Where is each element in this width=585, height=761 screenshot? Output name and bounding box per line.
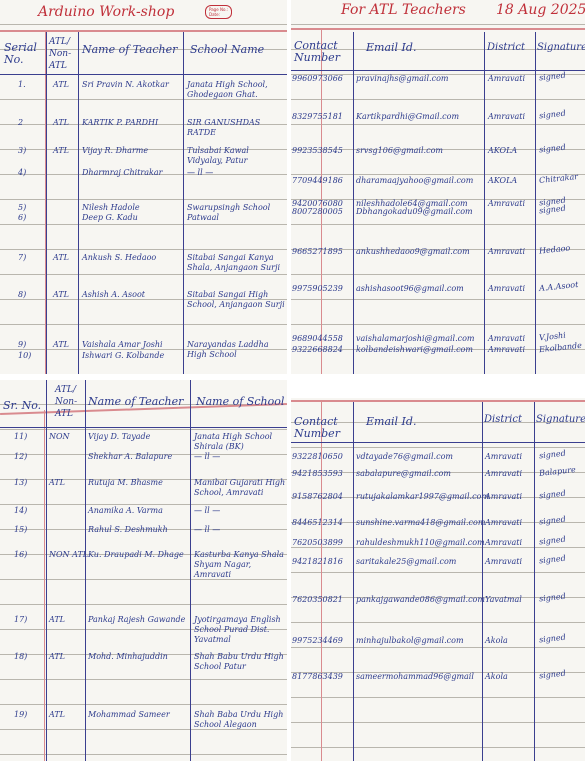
email-id: vaishalamarjoshi@gmail.com xyxy=(356,334,483,344)
register-page-2-left: Sr. No. ATL/ Non-ATL Name of Teacher Nam… xyxy=(0,380,287,761)
column-divider xyxy=(85,380,86,761)
teacher-name: Rahul S. Deshmukh xyxy=(88,525,188,535)
register-page-1-left: Arduino Work-shop Page No.: Date: Serial… xyxy=(0,0,287,374)
teacher-name: Mohammad Sameer xyxy=(88,710,188,720)
email-id: Dbhangokadu09@gmail.com xyxy=(356,207,483,217)
atl-status: ATL xyxy=(53,253,69,263)
signature: Balapure xyxy=(539,465,577,478)
teacher-name: Shekhar A. Balapure xyxy=(88,452,188,462)
school-name: Manibai Gujarati High School, Amravati xyxy=(194,478,286,498)
email-id: dharamaajyahoo@gmail.com xyxy=(356,176,483,186)
contact-number: 8177863439 xyxy=(292,672,343,682)
serial-number: 19) xyxy=(14,710,27,720)
header-school: Name of School xyxy=(196,396,284,408)
district: Amravati xyxy=(485,492,522,502)
school-name: Shah Babu Urdu High School Patur xyxy=(194,652,286,672)
header-contact: Contact Number xyxy=(294,416,352,440)
column-divider xyxy=(183,32,184,374)
contact-number: 9322668824 xyxy=(292,345,343,355)
teacher-name: Vijay D. Tayade xyxy=(88,432,188,442)
district: Amravati xyxy=(485,452,522,462)
signature: signed xyxy=(539,71,567,83)
email-id: sabalapure@gmail.com xyxy=(356,469,481,479)
signature: signed xyxy=(539,592,567,604)
email-id: kolbandeishwari@gmail.com xyxy=(356,345,483,355)
email-id: sameermohammad96@gmail xyxy=(356,672,481,682)
school-name: Tulsabai Kawal Vidyalay, Patur xyxy=(187,146,285,166)
atl-status: ATL xyxy=(49,710,65,720)
school-name: — ll — xyxy=(194,506,286,516)
contact-number: 9421821816 xyxy=(292,557,343,567)
teacher-name: Rutuja M. Bhasme xyxy=(88,478,188,488)
teacher-name: Dharmraj Chitrakar xyxy=(82,168,182,178)
district: Akola xyxy=(485,636,508,646)
email-id: rutujakalamkar1997@gmail.com xyxy=(356,492,481,502)
serial-number: 14) xyxy=(14,506,27,516)
header-divider xyxy=(0,427,287,428)
district: Amravati xyxy=(485,538,522,548)
signature: signed xyxy=(539,633,567,645)
district: AKOLA xyxy=(488,176,517,186)
teacher-name: Sri Pravin N. Akotkar xyxy=(82,80,182,90)
contact-number: 9975905239 xyxy=(292,284,343,294)
district: Amravati xyxy=(485,518,522,528)
serial-number: 3) xyxy=(18,146,26,156)
district: Amravati xyxy=(488,199,525,209)
atl-status: ATL xyxy=(53,80,69,90)
serial-number: 6) xyxy=(18,213,26,223)
serial-number: 16) xyxy=(14,550,27,560)
workshop-title: Arduino Work-shop xyxy=(38,4,174,20)
atl-status: ATL xyxy=(49,615,65,625)
teacher-name: Vaishala Amar Joshi xyxy=(82,340,182,350)
district: Amravati xyxy=(488,112,525,122)
serial-number: 2 xyxy=(18,118,23,128)
email-id: Kartikpardhi@Gmail.com xyxy=(356,112,483,122)
contact-number: 7620350821 xyxy=(292,595,343,605)
serial-number: 13) xyxy=(14,478,27,488)
serial-number: 7) xyxy=(18,253,26,263)
workshop-date: 18 Aug 2025 xyxy=(496,2,585,18)
teacher-name: Deep G. Kadu xyxy=(82,213,182,223)
signature: signed xyxy=(539,669,567,681)
school-name: — ll — xyxy=(187,168,285,178)
column-divider xyxy=(482,402,483,761)
serial-number: 10) xyxy=(18,351,31,361)
school-name: Jyotirgamaya English School Purad Dist. … xyxy=(194,615,286,645)
contact-number: 7709449186 xyxy=(292,176,343,186)
signature: signed xyxy=(539,109,567,121)
serial-number: 9) xyxy=(18,340,26,350)
school-name: Janata High School Shirala (BK) xyxy=(194,432,286,452)
column-divider xyxy=(46,380,47,761)
column-divider xyxy=(535,32,536,374)
serial-number: 18) xyxy=(14,652,27,662)
serial-number: 8) xyxy=(18,290,26,300)
serial-number: 17) xyxy=(14,615,27,625)
margin-line xyxy=(291,400,585,402)
email-id: saritakale25@gmail.com xyxy=(356,557,481,567)
atl-status: NON xyxy=(49,432,70,442)
email-id: vdtayade76@gmail.com xyxy=(356,452,481,462)
school-name: — ll — xyxy=(194,452,286,462)
signature: signed xyxy=(539,554,567,566)
page-date-stamp: Page No.: Date: xyxy=(205,5,232,19)
school-name: — ll — xyxy=(194,525,286,535)
signature: signed xyxy=(539,489,567,501)
contact-number: 8329755181 xyxy=(292,112,343,122)
register-page-2-right: Contact Number Email Id. District Signat… xyxy=(291,398,585,761)
teacher-name: Nilesh Hadole xyxy=(82,203,182,213)
column-divider xyxy=(78,32,79,374)
margin-line xyxy=(44,410,45,761)
signature: A.A.Asoot xyxy=(539,280,579,293)
contact-number: 9665271895 xyxy=(292,247,343,257)
district: Amravati xyxy=(488,284,525,294)
header-divider xyxy=(291,70,585,71)
teacher-name: Ankush S. Hedaoo xyxy=(82,253,182,263)
teacher-name: Pankaj Rajesh Gawande xyxy=(88,615,188,625)
header-atl: ATL/ Non-ATL xyxy=(55,384,85,420)
teacher-name: Vijay R. Dharme xyxy=(82,146,182,156)
atl-status: ATL xyxy=(49,652,65,662)
column-divider xyxy=(534,402,535,761)
teacher-name: KARTIK P. PARDHI xyxy=(82,118,182,128)
serial-number: 1. xyxy=(18,80,26,90)
signature: Hedaoo xyxy=(539,243,571,255)
district: Amravati xyxy=(488,345,525,355)
teacher-name: Ashish A. Asoot xyxy=(82,290,182,300)
header-teacher: Name of Teacher xyxy=(82,44,177,56)
contact-number: 7620503899 xyxy=(292,538,343,548)
atl-status: ATL xyxy=(53,118,69,128)
contact-number: 9421853593 xyxy=(292,469,343,479)
district: Amravati xyxy=(488,334,525,344)
atl-status: ATL xyxy=(49,478,65,488)
contact-number: 9923538545 xyxy=(292,146,343,156)
header-email: Email Id. xyxy=(366,416,416,428)
signature: signed xyxy=(539,515,567,527)
header-signature: Signature xyxy=(536,414,585,426)
signature: signed xyxy=(539,204,567,216)
email-id: srvsg106@gmail.com xyxy=(356,146,483,156)
header-divider xyxy=(291,442,585,443)
serial-number: 11) xyxy=(14,432,27,442)
atl-status: NON ATL xyxy=(49,550,88,560)
column-divider xyxy=(484,32,485,374)
header-district: District xyxy=(484,414,522,426)
teacher-name: Mohd. Minhajuddin xyxy=(88,652,188,662)
district: Amravati xyxy=(485,469,522,479)
column-divider xyxy=(353,32,354,374)
header-signature: Signature xyxy=(537,42,585,54)
contact-number: 9689044558 xyxy=(292,334,343,344)
signature: Ekolbande xyxy=(539,341,583,354)
column-divider xyxy=(190,380,191,761)
header-contact: Contact Number xyxy=(294,40,352,64)
teacher-name: Anamika A. Varma xyxy=(88,506,188,516)
email-id: pankajgawande086@gmail.com xyxy=(356,595,481,605)
signature: signed xyxy=(539,449,567,461)
email-id: pravinajhs@gmail.com xyxy=(356,74,483,84)
contact-number: 9960973066 xyxy=(292,74,343,84)
signature: signed xyxy=(539,535,567,547)
school-name: SIR GANUSHDAS RATDE xyxy=(187,118,285,138)
serial-number: 12) xyxy=(14,452,27,462)
header-email: Email Id. xyxy=(366,42,416,54)
contact-number: 8007280005 xyxy=(292,207,343,217)
email-id: minhajulbakol@gmail.com xyxy=(356,636,481,646)
margin-line xyxy=(0,30,287,32)
serial-number: 15) xyxy=(14,525,27,535)
school-name: Kasturba Kanya Shala Shyam Nagar, Amrava… xyxy=(194,550,286,580)
district: Amravati xyxy=(488,247,525,257)
header-teacher: Name of Teacher xyxy=(88,396,183,408)
header-atl: ATL/ Non-ATL xyxy=(49,36,77,72)
district: Amravati xyxy=(485,557,522,567)
school-name: Narayandas Laddha High School xyxy=(187,340,285,360)
header-district: District xyxy=(487,42,525,54)
teacher-name: Ku. Draupadi M. Dhage xyxy=(88,550,188,560)
atl-status: ATL xyxy=(53,340,69,350)
workshop-subtitle: For ATL Teachers xyxy=(341,2,466,18)
atl-status: ATL xyxy=(53,290,69,300)
school-name: Shah Baba Urdu High School Alegaon xyxy=(194,710,286,730)
header-school: School Name xyxy=(190,44,264,56)
margin-line xyxy=(291,28,585,30)
header-serial: Sr. No. xyxy=(3,400,41,412)
column-divider xyxy=(46,32,47,374)
atl-status: ATL xyxy=(53,146,69,156)
school-name: Swarupsingh School Patwaal xyxy=(187,203,285,223)
header-serial: Serial No. xyxy=(4,42,44,66)
school-name: Janata High School, Ghodegaon Ghat. xyxy=(187,80,285,100)
teacher-name: Ishwari G. Kolbande xyxy=(82,351,182,361)
signature: Chitrakar xyxy=(539,172,579,185)
contact-number: 9975234469 xyxy=(292,636,343,646)
email-id: rahuldeshmukh110@gmail.com xyxy=(356,538,481,548)
header-divider xyxy=(0,74,287,75)
serial-number: 4) xyxy=(18,168,26,178)
contact-number: 9158762804 xyxy=(292,492,343,502)
school-name: Sitabai Sangai Kanya Shala, Anjangaon Su… xyxy=(187,253,285,273)
serial-number: 5) xyxy=(18,203,26,213)
district: AKOLA xyxy=(488,146,517,156)
district: Yavatmal xyxy=(485,595,522,605)
signature: V.Joshi xyxy=(539,331,567,343)
contact-number: 8446512314 xyxy=(292,518,343,528)
email-id: ankushhedaoo9@gmail.com xyxy=(356,247,483,257)
signature: signed xyxy=(539,143,567,155)
column-divider xyxy=(353,402,354,761)
register-page-1-right: For ATL Teachers 18 Aug 2025 Contact Num… xyxy=(291,0,585,374)
contact-number: 9322810650 xyxy=(292,452,343,462)
email-id: ashishasoot96@gmail.com xyxy=(356,284,483,294)
school-name: Sitabai Sangai High School, Anjangaon Su… xyxy=(187,290,285,310)
email-id: sunshine.varma418@gmail.com xyxy=(356,518,481,528)
district: Akola xyxy=(485,672,508,682)
district: Amravati xyxy=(488,74,525,84)
